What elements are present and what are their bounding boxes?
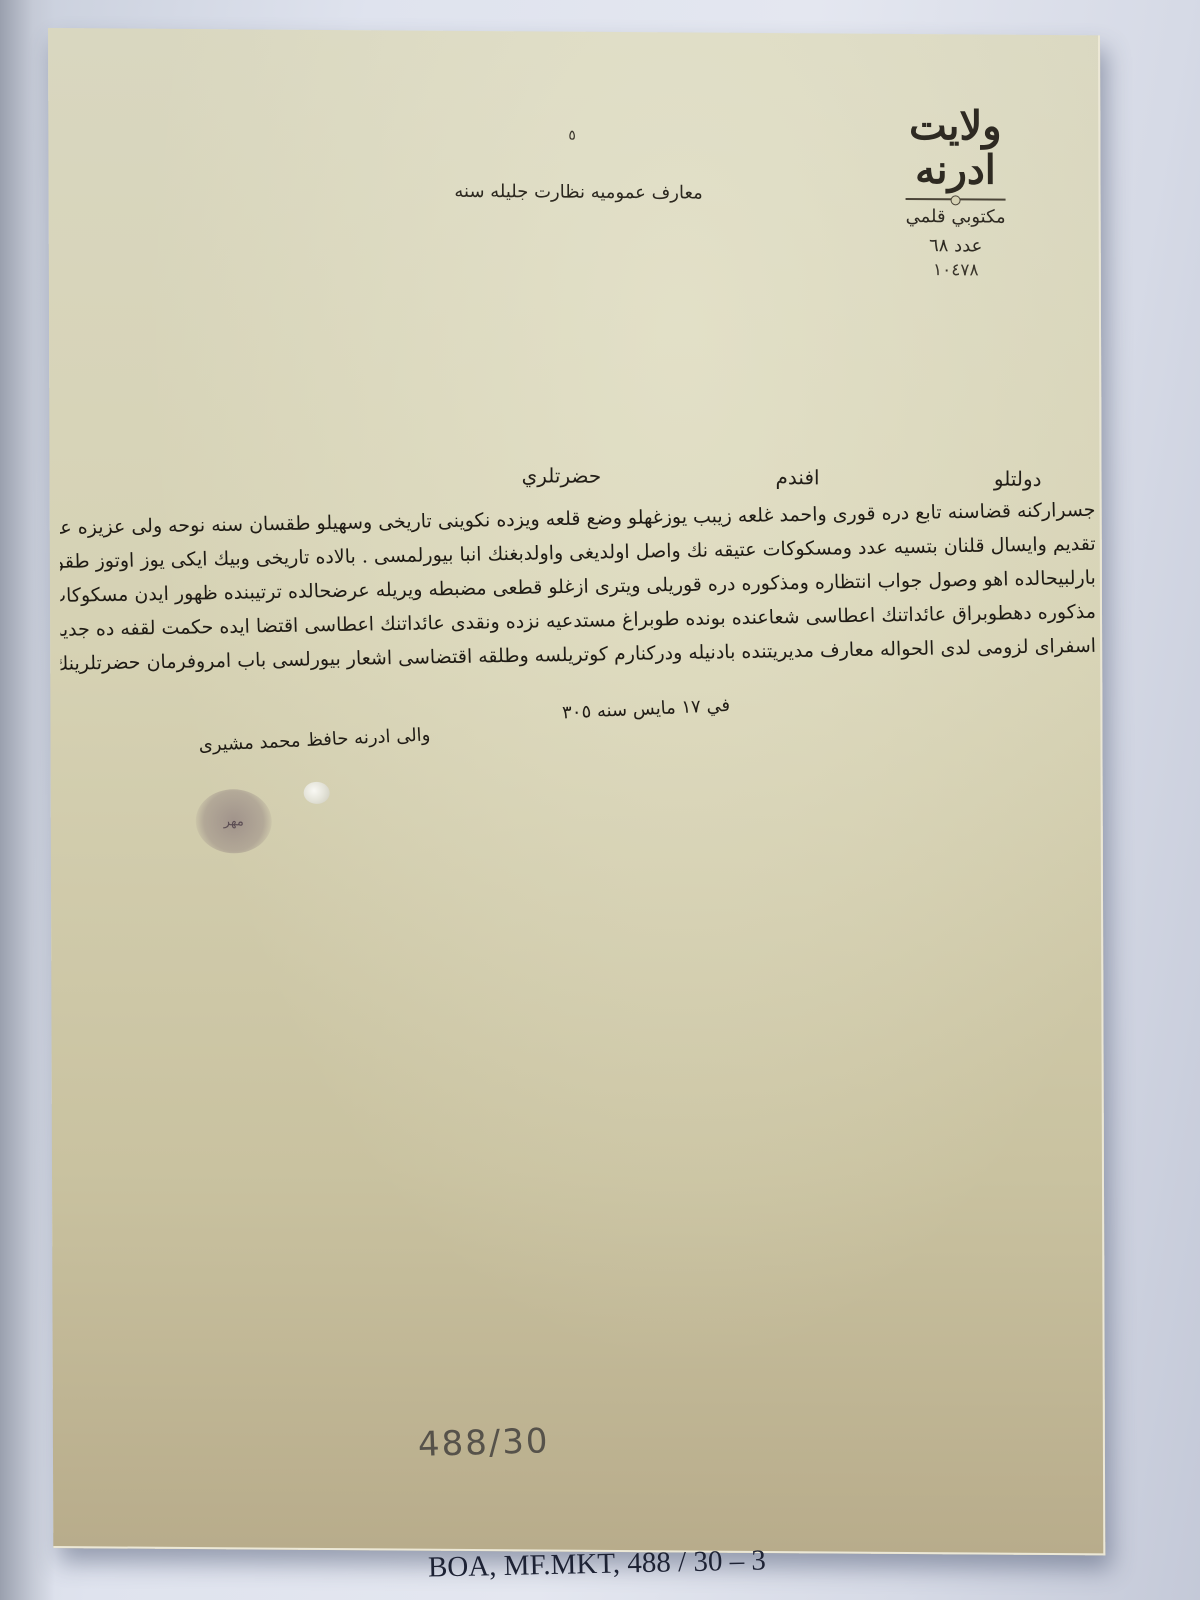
ottoman-document-sheet: ولايت ادرنه مكتوبي قلمي عدد ٦٨ ١٠٤٧٨ ٥ م… [48, 28, 1105, 1555]
document-body: جسرارکنه قضاسنه تابع دره قوری واحمد غلعه… [60, 498, 1103, 675]
top-mark: ٥ [568, 128, 576, 144]
letterhead-number: عدد ٦٨ [871, 235, 1041, 257]
salutation: دولتلو افندم حضرتلري [522, 463, 1042, 491]
archive-pencil-number: 488/30 [417, 1421, 550, 1465]
registry-number: ١٠٤٧٨ [871, 260, 1041, 281]
document-subject: معارف عموميه نظارت جليله سنه [449, 181, 709, 204]
signature: والی ادرنه حافظ محمد مشیری [190, 724, 431, 756]
salutation-part-1: دولتلو [994, 467, 1042, 491]
letterhead-subtitle: مكتوبي قلمي [871, 206, 1041, 228]
book-page-shadow [0, 0, 55, 1600]
seal-stamp: مهر [196, 789, 272, 854]
seal-text: مهر [224, 814, 244, 829]
letterhead: ولايت ادرنه مكتوبي قلمي عدد ٦٨ ١٠٤٧٨ [870, 104, 1041, 281]
ornamental-rule [906, 198, 1006, 201]
salutation-part-3: حضرتلري [522, 463, 602, 488]
archive-caption: BOA, MF.MKT, 488 / 30 – 3 [428, 1544, 767, 1584]
salutation-part-2: افندم [775, 465, 819, 489]
letterhead-title: ولايت ادرنه [870, 104, 1040, 193]
adhesive-dot [304, 782, 330, 804]
